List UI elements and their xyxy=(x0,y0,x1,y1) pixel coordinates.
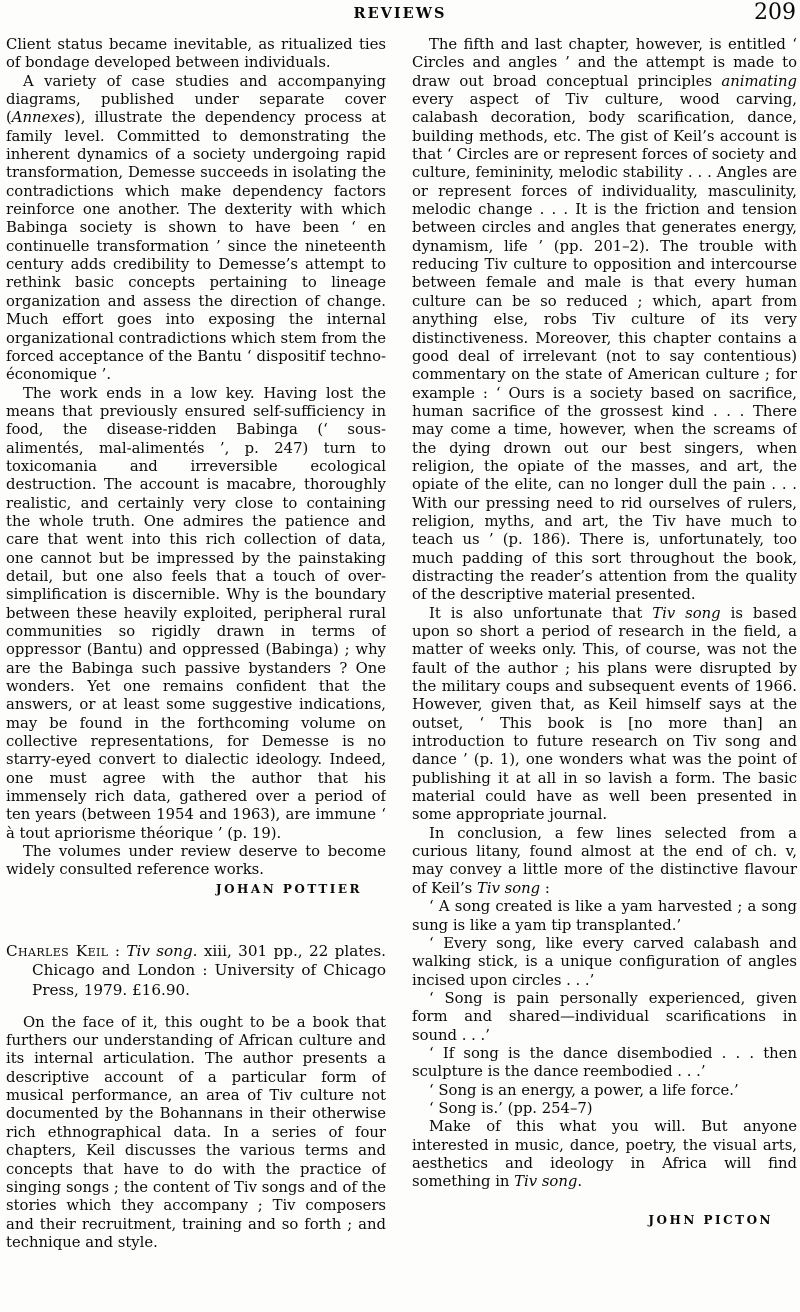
journal-page: REVIEWS 209 Client status became inevita… xyxy=(0,0,800,1312)
paragraph: ‘ If song is the dance disembodied . . .… xyxy=(412,1045,797,1082)
paragraph: ‘ Song is pain personally experienced, g… xyxy=(412,990,797,1045)
paragraph: Client status became inevitable, as ritu… xyxy=(6,36,386,73)
text-run: every aspect of Tiv culture, wood carvin… xyxy=(412,91,797,603)
section-title: REVIEWS xyxy=(0,5,800,22)
paragraph: Charles Keil : Tiv song. xiii, 301 pp., … xyxy=(6,942,386,1000)
paragraph: ‘ Every song, like every carved calabash… xyxy=(412,935,797,990)
italic-text-run: Tiv song xyxy=(652,605,720,622)
text-run: ‘ Song is an energy, a power, a life for… xyxy=(429,1082,739,1099)
italic-text-run: Tiv song xyxy=(514,1173,577,1190)
paragraph: On the face of it, this ought to be a bo… xyxy=(6,1014,386,1252)
left-column: Client status became inevitable, as ritu… xyxy=(6,36,386,1312)
text-run: : xyxy=(109,942,127,960)
text-run: : xyxy=(540,880,550,897)
paragraph: The volumes under review deserve to beco… xyxy=(6,843,386,880)
review-1-body: Client status became inevitable, as ritu… xyxy=(6,36,386,880)
reviewer-signature: JOHN PICTON xyxy=(412,1211,797,1229)
text-run: ‘ A song created is like a yam harvested… xyxy=(412,898,797,933)
paragraph: ‘ Song is.’ (pp. 254–7) xyxy=(412,1100,797,1118)
italic-text-run: Tiv song. xyxy=(126,942,197,960)
italic-text-run: Tiv song xyxy=(477,880,540,897)
page-number: 209 xyxy=(754,0,796,26)
text-run: ‘ Song is.’ (pp. 254–7) xyxy=(429,1100,593,1117)
paragraph: The work ends in a low key. Having lost … xyxy=(6,385,386,844)
text-run: is based upon so short a period of resea… xyxy=(412,605,797,824)
italic-text-run: animating xyxy=(721,73,797,90)
text-run: ‘ If song is the dance disembodied . . .… xyxy=(412,1045,797,1080)
italic-text-run: Annexes xyxy=(12,109,75,126)
review-2-body-continued: The fifth and last chapter, however, is … xyxy=(412,36,797,1192)
paragraph: The fifth and last chapter, however, is … xyxy=(412,36,797,605)
right-column: The fifth and last chapter, however, is … xyxy=(412,36,797,1312)
text-run: Client status became inevitable, as ritu… xyxy=(6,36,386,71)
text-run: . xyxy=(577,1173,582,1190)
reviewer-signature: JOHAN POTTIER xyxy=(6,880,386,898)
text-run: ), illustrate the dependency process at … xyxy=(6,109,386,383)
paragraph: ‘ A song created is like a yam harvested… xyxy=(412,898,797,935)
text-run: In conclusion, a few lines selected from… xyxy=(412,825,797,897)
smallcaps-text-run: Charles Keil xyxy=(6,942,109,960)
text-run: Make of this what you will. But anyone i… xyxy=(412,1118,797,1190)
text-run: On the face of it, this ought to be a bo… xyxy=(6,1014,386,1251)
review-2-heading: Charles Keil : Tiv song. xiii, 301 pp., … xyxy=(6,942,386,1000)
text-run: It is also unfortunate that xyxy=(429,605,652,622)
text-run: The work ends in a low key. Having lost … xyxy=(6,385,386,842)
paragraph: A variety of case studies and accompanyi… xyxy=(6,73,386,385)
text-run: ‘ Song is pain personally experienced, g… xyxy=(412,990,797,1044)
paragraph: It is also unfortunate that Tiv song is … xyxy=(412,605,797,825)
text-run: The volumes under review deserve to beco… xyxy=(6,843,386,878)
paragraph: Make of this what you will. But anyone i… xyxy=(412,1118,797,1191)
paragraph: In conclusion, a few lines selected from… xyxy=(412,825,797,898)
paragraph: ‘ Song is an energy, a power, a life for… xyxy=(412,1082,797,1100)
review-2-body: On the face of it, this ought to be a bo… xyxy=(6,1014,386,1252)
running-head: REVIEWS 209 xyxy=(0,0,800,32)
text-run: ‘ Every song, like every carved calabash… xyxy=(412,935,797,989)
